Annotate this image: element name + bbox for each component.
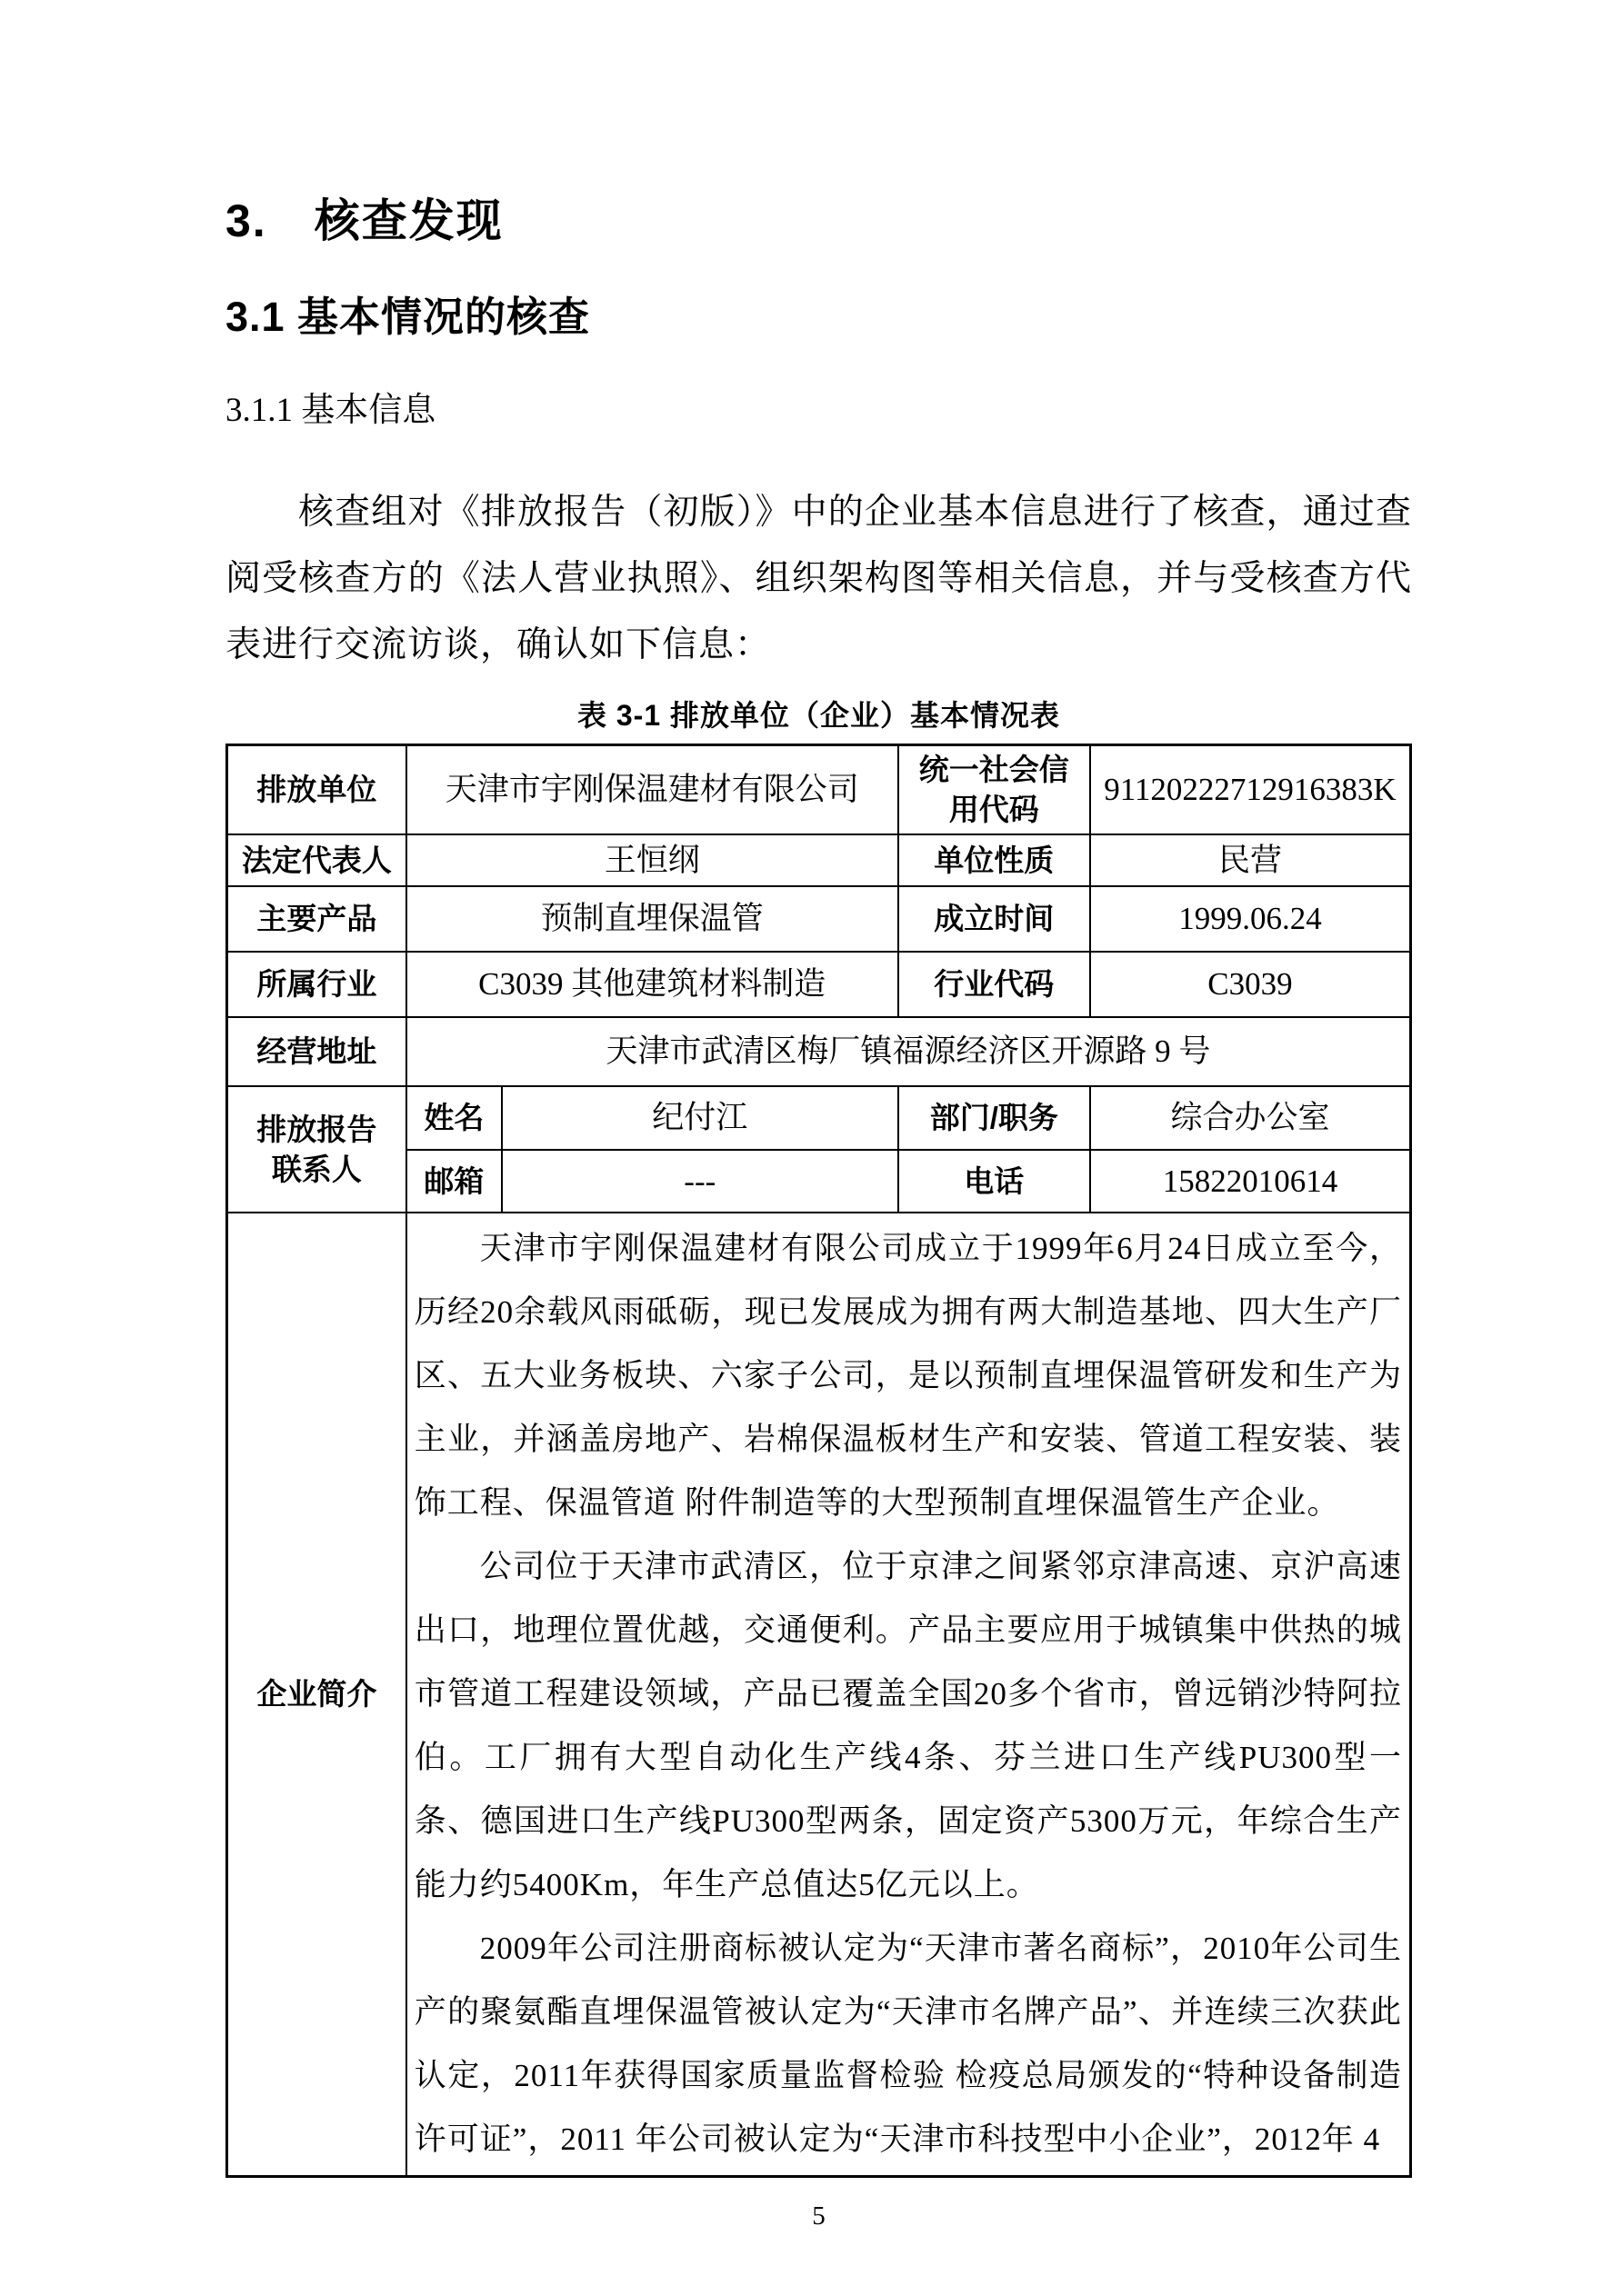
industry-label-cell: 所属行业 <box>227 952 406 1017</box>
contact-dept-value-cell: 综合办公室 <box>1090 1086 1411 1150</box>
intro-paragraph: 核查组对《排放报告（初版）》中的企业基本信息进行了核查，通过查阅受核查方的《法人… <box>225 479 1412 678</box>
industry-code-value-cell: C3039 <box>1090 952 1411 1017</box>
document-page: 3. 核查发现 3.1 基本情况的核查 3.1.1 基本信息 核查组对《排放报告… <box>0 0 1622 2296</box>
contact-email-value-cell: --- <box>502 1150 898 1213</box>
unit-nature-value-cell: 民营 <box>1090 834 1411 886</box>
contact-name-value-cell: 纪付江 <box>502 1086 898 1150</box>
table-row: 企业简介 天津市宇刚保温建材有限公司成立于1999年6月24日成立至今，历经20… <box>227 1213 1411 2177</box>
contact-name-label-cell: 姓名 <box>406 1086 502 1150</box>
legal-rep-label-cell: 法定代表人 <box>227 834 406 886</box>
founded-value-cell: 1999.06.24 <box>1090 886 1411 952</box>
founded-label-cell: 成立时间 <box>898 886 1090 952</box>
table-row: 排放报告 联系人 姓名 纪付江 部门/职务 综合办公室 <box>227 1086 1411 1150</box>
contact-label-cell: 排放报告 联系人 <box>227 1086 406 1213</box>
credit-code-value-cell: 91120222712916383K <box>1090 745 1411 835</box>
heading-subsection-3-1: 3.1 基本情况的核查 <box>225 292 1412 343</box>
credit-code-label-cell: 统一社会信 用代码 <box>898 745 1090 835</box>
emission-unit-value-cell: 天津市宇刚保温建材有限公司 <box>406 745 898 835</box>
heading-section-3: 3. 核查发现 <box>225 194 1412 248</box>
table-row: 所属行业 C3039 其他建筑材料制造 行业代码 C3039 <box>227 952 1411 1017</box>
page-number: 5 <box>225 2201 1412 2231</box>
profile-paragraph-2: 公司位于天津市武清区，位于京津之间紧邻京津高速、京沪高速出口，地理位置优越，交通… <box>415 1535 1402 1917</box>
contact-email-label-cell: 邮箱 <box>406 1150 502 1213</box>
table-row: 经营地址 天津市武清区梅厂镇福源经济区开源路 9 号 <box>227 1017 1411 1086</box>
table-row: 排放单位 天津市宇刚保温建材有限公司 统一社会信 用代码 91120222712… <box>227 745 1411 835</box>
main-product-value-cell: 预制直埋保温管 <box>406 886 898 952</box>
contact-dept-label-cell: 部门/职务 <box>898 1086 1090 1150</box>
unit-nature-label-cell: 单位性质 <box>898 834 1090 886</box>
emission-unit-label-cell: 排放单位 <box>227 745 406 835</box>
company-profile-cell: 天津市宇刚保温建材有限公司成立于1999年6月24日成立至今，历经20余载风雨砥… <box>406 1213 1411 2177</box>
basic-info-table: 排放单位 天津市宇刚保温建材有限公司 统一社会信 用代码 91120222712… <box>225 744 1412 2178</box>
page-content: 3. 核查发现 3.1 基本情况的核查 3.1.1 基本信息 核查组对《排放报告… <box>225 0 1412 2231</box>
contact-phone-label-cell: 电话 <box>898 1150 1090 1213</box>
heading-subsubsection-3-1-1: 3.1.1 基本信息 <box>225 390 1412 432</box>
main-product-label-cell: 主要产品 <box>227 886 406 952</box>
address-value-cell: 天津市武清区梅厂镇福源经济区开源路 9 号 <box>406 1017 1411 1086</box>
industry-code-label-cell: 行业代码 <box>898 952 1090 1017</box>
profile-paragraph-1: 天津市宇刚保温建材有限公司成立于1999年6月24日成立至今，历经20余载风雨砥… <box>415 1217 1402 1535</box>
table-caption: 表 3-1 排放单位（企业）基本情况表 <box>225 698 1412 733</box>
contact-phone-value-cell: 15822010614 <box>1090 1150 1411 1213</box>
company-profile-label-cell: 企业简介 <box>227 1213 406 2177</box>
address-label-cell: 经营地址 <box>227 1017 406 1086</box>
table-row: 主要产品 预制直埋保温管 成立时间 1999.06.24 <box>227 886 1411 952</box>
table-row: 法定代表人 王恒纲 单位性质 民营 <box>227 834 1411 886</box>
legal-rep-value-cell: 王恒纲 <box>406 834 898 886</box>
industry-value-cell: C3039 其他建筑材料制造 <box>406 952 898 1017</box>
profile-paragraph-3: 2009年公司注册商标被认定为“天津市著名商标”，2010年公司生产的聚氨酯直埋… <box>415 1917 1402 2171</box>
